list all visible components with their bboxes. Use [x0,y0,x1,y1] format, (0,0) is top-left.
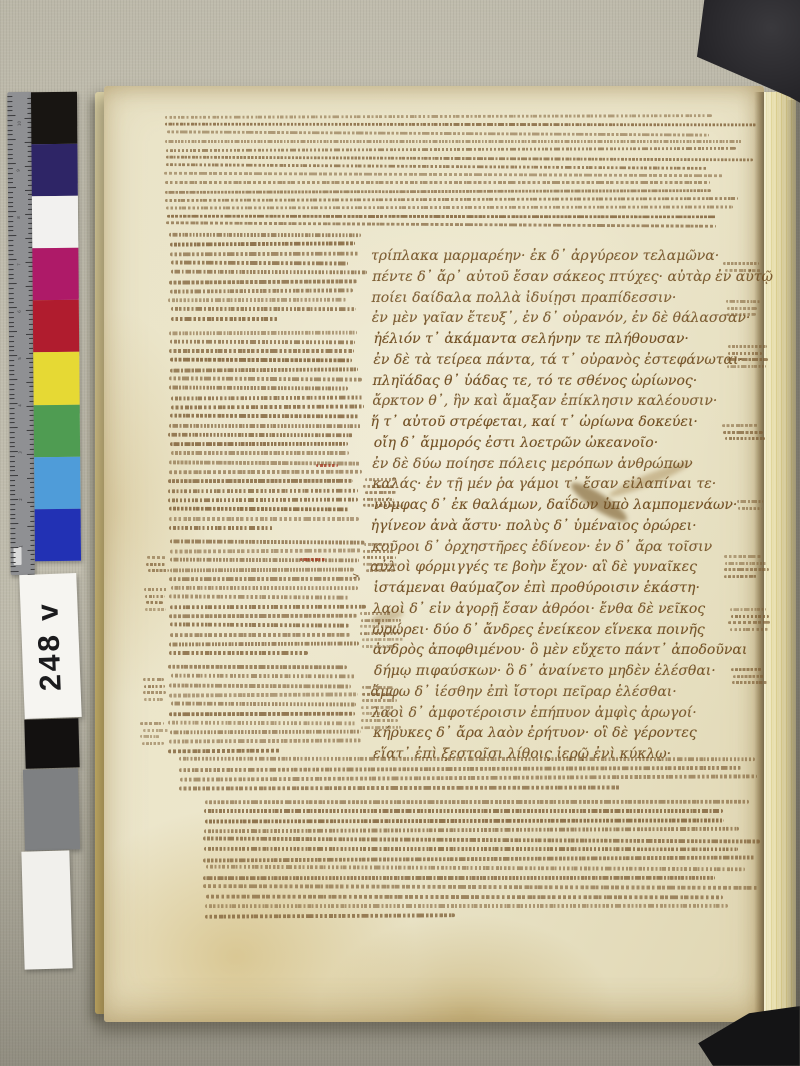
ruler-tick [27,502,34,503]
scholia-line [168,720,356,724]
ruler-tick [11,557,16,558]
shadow-vignette [786,100,800,1010]
scholia-line [169,330,357,334]
ruler-tick [9,302,14,303]
ruler-tick [30,540,34,541]
scholia-line [206,894,723,898]
ruler-tick [10,408,15,409]
scholia-line [171,586,358,590]
verse-line: οἴη δ᾽ ἄμμορός ἐστι λοετρῶν ὠκεανοῖο· [374,435,658,451]
scholia-line [360,632,400,635]
ruler-tick [31,569,35,570]
scholia-line [144,684,165,687]
scholia-line [728,352,762,355]
scholia-line [362,686,393,689]
scholia-line [168,479,353,483]
scholia-line [168,298,346,302]
verse-line: πληϊάδας θ᾽ ὑάδας τε, τό τε σθένος ὠρίων… [373,373,698,389]
ruler-tick [10,466,15,467]
ruler-tick [10,504,15,505]
scholia-line [362,699,397,702]
scholia-line [727,307,757,310]
scholia-line [146,601,163,604]
ruler-tick [10,475,18,476]
scholia-line [169,233,361,237]
scholia-line [179,785,621,790]
scholia-line [169,423,361,427]
scholia-line [143,729,168,732]
ruler-tick [7,110,12,111]
ruler-tick [7,115,15,116]
scholia-line [723,431,763,434]
verse-line: δήμῳ πιφαύσκων· ὃ δ᾽ ἀναίνετο μηδὲν ἑλέσ… [374,663,716,679]
ruler-scale: 12345678910 [7,92,34,575]
scholia-line [737,500,763,503]
ruler-tick [28,550,35,551]
ruler-tick [10,480,15,481]
ruler-tick [31,559,35,560]
ruler-tick [10,427,18,428]
color-patch [33,300,79,352]
ruler-tick [31,564,35,565]
verse-line: τρίπλακα μαρμαρέην· ἐκ δ᾽ ἀργύρεον τελαμ… [371,248,719,264]
ruler-tick [9,341,14,342]
ruler-tick [9,269,14,270]
ruler-tick [8,173,13,174]
scholia-line [361,618,401,621]
scholia-line [205,799,749,803]
ruler-tick [9,365,14,366]
ruler-tick [30,535,34,536]
ruler-tick [10,470,15,471]
scholia-line [727,313,756,316]
scholia-line [168,748,280,752]
folio-label-card: 248 v [19,573,81,719]
ruler-tick [10,509,15,510]
color-calibration-bar [31,92,81,561]
ruler-tick [8,154,13,155]
verse-line: ἄμφω δ᾽ ἱέσθην ἐπὶ ἴστορι πεῖραρ ἑλέσθαι… [370,684,676,700]
ruler-tick [10,461,15,462]
ruler-tick [9,398,14,399]
ruler-tick [10,514,15,515]
marginal-arrow-mark: > [352,572,360,582]
ruler-tick [8,144,13,145]
scholia-line [170,539,365,544]
scholia-line [731,668,762,671]
ruler-tick [9,307,17,308]
scholia-line [148,569,169,572]
ruler-tick [9,317,14,318]
scholia-line [722,424,758,427]
scholia-line [727,345,766,348]
scholia-line [169,651,308,655]
ruler-tick [8,206,13,207]
scholia-line [725,268,761,271]
ruler-tick [8,134,13,135]
ruler-tick [26,334,33,335]
ruler-tick [9,331,17,332]
ruler-tick [8,182,13,183]
grayscale-patch-white [21,850,72,969]
verse-line: ποίει δαίδαλα πολλὰ ἰδυίῃσι πραπίδεσσιν· [372,290,677,306]
ruler-tick [8,197,13,198]
scholia-line [365,478,396,481]
scholia-line [726,365,765,368]
scholia-line [169,349,354,353]
scholia-line [361,706,394,709]
scholia-line [170,604,366,608]
scholia-line [204,809,723,813]
ruler-tick [9,322,14,323]
ruler-number: 1 [18,545,23,548]
scholia-line [723,262,759,265]
verse-line: ἐν δὲ δύω ποίησε πόλεις μερόπων ἀνθρώπων [372,456,693,472]
ruler-tick [30,545,34,546]
ruler-tick [8,192,13,193]
scholia-line [171,395,363,400]
scholia-line [144,698,163,701]
ruler-number: 2 [18,498,23,501]
scholia-line [363,550,395,553]
ruler-tick [9,370,14,371]
ruler-tick [8,254,13,255]
ruler-tick [26,382,33,383]
scholia-line [205,913,455,918]
scholia-line [169,526,273,530]
grayscale-patch-gray [23,768,80,851]
ruler-number: 6 [17,310,22,313]
ruler-tick [8,187,16,188]
ruler-tick [9,288,14,289]
scholia-line [168,665,347,669]
scholia-line [144,588,168,591]
scholia-line [167,214,716,218]
verse-line: ἐν μὲν γαῖαν ἔτευξ᾽, ἐν δ᾽ οὐρανόν, ἐν δ… [372,310,751,326]
ruler-tick [30,530,34,531]
ruler-tick [8,149,13,150]
scholia-line [145,608,166,611]
ruler-tick [9,374,14,375]
scholia-line [142,742,164,745]
ruler-tick [9,274,14,275]
verse-line: ὠρώρει· δύο δ᾽ ἄνδρες ἐνείκεον εἵνεκα πο… [372,622,704,638]
ruler-tick [9,379,17,380]
scholia-line [179,757,755,761]
ruler-tick [10,528,15,529]
scholia-line [362,645,395,648]
scholia-line [363,484,394,487]
ruler-tick [27,430,34,431]
ruler-tick [8,240,13,241]
color-patch [31,92,77,144]
ruler-tick [10,538,15,539]
scholia-line [168,488,358,492]
ruler-tick [8,125,13,126]
scholia-line [731,615,769,618]
ruler-tick [26,286,33,287]
color-patch [32,248,78,300]
ruler-tick [9,394,14,395]
verse-line: καλάς· ἐν τῇ μέν ῥα γάμοι τ᾽ ἔσαν εἰλαπί… [372,476,716,492]
scholia-line [362,692,392,695]
scholia-line [170,251,359,255]
ruler-tick [10,413,15,414]
ruler-tick [8,245,13,246]
scholia-line [725,300,759,303]
scholia-line [165,140,742,143]
scholia-line [147,556,166,559]
verse-line: ἀνδρὸς ἀποφθιμένου· ὃ μὲν εὔχετο πάντ᾽ ἀ… [373,642,747,658]
ruler-tick [9,278,14,279]
scholia-line [171,451,349,455]
ruler-tick [11,562,16,563]
scholia-line [170,339,355,343]
ruler-tick [8,259,16,260]
ruler-tick [8,235,16,236]
scholia-line [140,735,160,738]
scholia-line [363,556,396,559]
ruler-tick [10,533,15,534]
verse-line: ἥ τ᾽ αὐτοῦ στρέφεται, καί τ᾽ ὠρίωνα δοκε… [371,414,698,430]
scholia-line [169,711,355,715]
ruler-tick [10,437,15,438]
scholia-line [205,904,728,908]
scholia-line [725,562,767,565]
ruler-tick [8,139,16,140]
verse-line: κήρυκες δ᾽ ἄρα λαὸν ἐρήτυον· οἳ δὲ γέρον… [373,725,697,741]
ruler-tick [8,168,13,169]
scholia-line [361,719,398,722]
ruler-tick [9,389,14,390]
scholia-line [170,567,354,571]
ruler-tick [31,554,35,555]
ruler-tick [8,163,16,164]
scholia-line [205,818,724,823]
scholia-line [363,563,398,566]
ruler-tick [8,250,13,251]
ruler-tick [9,384,14,385]
manuscript-photo: 12345678910 248 v τρίπλακα μαρμαρέην· ἐκ… [0,0,800,1066]
scholia-line [171,317,278,321]
scholia-line [361,725,401,728]
scholia-line [169,516,359,520]
ruler-tick [10,456,15,457]
ruler-tick [10,432,15,433]
ruler-tick [27,478,34,479]
scholia-line [360,612,392,615]
ruler-tick [9,283,17,284]
ruler-number: 5 [17,357,22,360]
scholia-line [730,608,766,611]
ruler-tick [26,358,33,359]
ruler-tick [9,293,14,294]
ruler-tick [10,442,15,443]
color-patch [34,456,80,508]
ruler-tick [10,418,15,419]
scholia-line [364,543,394,546]
ruler-tick [27,526,34,527]
scholia-line [169,683,351,688]
scholia-line [727,358,768,361]
scholia-line [169,279,357,284]
scholia-line [170,632,350,636]
scholia-line [145,595,165,598]
verse-line: νύμφας δ᾽ ἐκ θαλάμων, δαΐδων ὑπὸ λαμπομε… [374,497,738,513]
color-patch [32,196,78,248]
scholia-line [365,491,396,494]
ruler-tick [10,518,15,519]
scholia-line [203,875,715,879]
scholia-line [730,628,768,631]
ruler-tick [11,552,16,553]
ruler-tick [8,226,13,227]
scholia-line [732,674,763,677]
color-patch [34,404,80,456]
ruler-tick [27,454,34,455]
ruler-tick [8,216,13,217]
ruler-tick [8,158,13,159]
ruler-tick [9,350,14,351]
ruler-tick [10,523,18,524]
ruler-tick [10,446,15,447]
verse-line: λαοὶ δ᾽ ἀμφοτέροισιν ἐπήπυον ἀμφὶς ἀρωγο… [372,705,697,721]
page-crease [754,92,764,1016]
scholia-line [169,470,362,474]
ruler-tick [8,130,13,131]
verse-line: ἠγίνεον ἀνὰ ἄστυ· πολὺς δ᾽ ὑμέναιος ὀρώρ… [371,518,697,534]
ruler-number: 10 [17,121,22,126]
scholia-line [724,575,757,578]
verse-line: ἐν δὲ τὰ τείρεα πάντα, τά τ᾽ οὐρανὸς ἐστ… [373,352,743,368]
color-patch [35,509,81,561]
ruler-tick [11,571,19,572]
scholia-line [738,506,762,509]
scholia-line [168,433,353,437]
ruler-tick [8,178,13,179]
ruler-number: 9 [16,169,21,172]
ruler-tick [9,360,14,361]
scholia-line [300,558,326,561]
verse-line: ἱστάμεναι θαύμαζον ἐπὶ προθύροισιν ἑκάστ… [373,580,700,596]
ruler-tick [10,485,15,486]
ruler-tick [7,106,12,107]
grayscale-patch-black [24,718,79,768]
ruler-tick [10,542,15,543]
scholia-line [143,678,164,681]
ruler-number: 3 [18,451,23,454]
scholia-line [169,614,357,618]
ruler-tick [9,346,14,347]
ruler-tick [26,310,33,311]
color-patch [33,352,79,404]
ruler-tick [8,120,13,121]
scholia-line [363,498,394,501]
verse-line: ἄρκτον θ᾽, ἣν καὶ ἄμαξαν ἐπίκλησιν καλέο… [372,393,717,409]
scholia-line [724,568,769,571]
ruler-tick [11,566,16,567]
verse-line: ἠέλιόν τ᾽ ἀκάμαντα σελήνην τε πλήθουσαν· [373,331,688,347]
ruler-tick [9,298,14,299]
scholia-line [170,442,348,446]
scholia-line [169,577,360,581]
ruler-number: 7 [16,263,21,266]
ruler-tick [8,221,13,222]
ruler-tick [7,101,12,102]
ruler-tick [8,211,16,212]
scholia-line [169,641,359,646]
verse-line: αὐλοὶ φόρμιγγές τε βοὴν ἔχον· αἳ δὲ γυνα… [370,559,697,575]
scholia-line [725,437,765,440]
verse-line: λαοὶ δ᾽ εἰν ἀγορῇ ἔσαν ἀθρόοι· ἔνθα δὲ ν… [373,601,705,617]
scholia-line [140,722,164,725]
ruler-tick [9,264,14,265]
verse-line: πέντε δ᾽ ἄρ᾽ αὐτοῦ ἔσαν σάκεος πτύχες· α… [372,269,773,285]
ruler-tick [9,326,14,327]
ruler-tick [8,230,13,231]
ruler-tick [10,494,15,495]
scholia-line [316,464,338,467]
scholia-line [168,497,358,501]
scholia-line [146,563,165,566]
ruler-tick [9,336,14,337]
ruler-tick [9,312,14,313]
ruler-tick [10,490,15,491]
scholia-line [204,847,738,851]
ruler-number: 4 [17,404,22,407]
color-patch [31,144,77,196]
scholia-line [143,691,166,694]
verse-line: κοῦροι δ᾽ ὀρχηστῆρες ἐδίνεον· ἐν δ᾽ ἄρα … [372,539,712,555]
scholia-line [724,555,761,558]
scholia-line [732,681,767,684]
folio-number: 248 v [32,600,69,691]
ruler-tick [8,202,13,203]
ruler-number: 8 [16,216,21,219]
ruler-tick [27,406,34,407]
ruler-tick [10,422,15,423]
ruler-tick [7,96,12,97]
